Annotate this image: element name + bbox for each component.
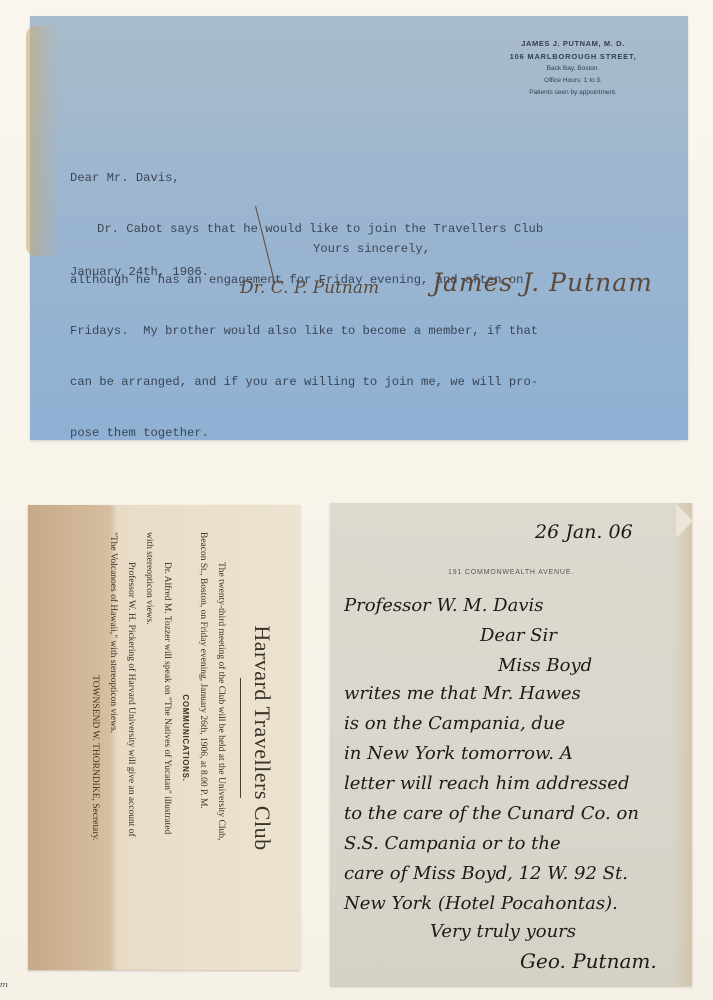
card-line: Professor W. H. Pickering of Harvard Uni… <box>122 532 140 944</box>
hw-closing: Very truly yours <box>430 921 576 942</box>
hw-salutation: Dear Sir <box>480 625 557 646</box>
margin-pencil-mark: ₘ <box>0 975 9 991</box>
card-line: with stereopticon views. <box>140 532 158 944</box>
hw-line: New York (Hotel Pocahontas). <box>344 893 618 914</box>
hw-date: 26 Jan. 06 <box>535 521 633 543</box>
typed-letter-putnam: JAMES J. PUTNAM, M. D. 106 MARLBOROUGH S… <box>30 16 688 440</box>
letterhead-hours: Office Hours: 1 to 3. <box>498 75 648 87</box>
card-section-heading: COMMUNICATIONS. <box>176 518 194 958</box>
water-stain <box>26 26 60 256</box>
card-line: The twenty-third meeting of the Club wil… <box>212 532 230 944</box>
letterhead-note: Patients seen by appointment. <box>498 87 648 99</box>
closing: Yours sincerely, <box>313 242 430 256</box>
letterhead-name: JAMES J. PUTNAM, M. D. <box>498 38 648 50</box>
album-page: JAMES J. PUTNAM, M. D. 106 MARLBOROUGH S… <box>0 0 713 1000</box>
handwritten-letter-geo-putnam: 26 Jan. 06 191 COMMONWEALTH AVENUE. Prof… <box>330 503 692 986</box>
hw-addressee: Professor W. M. Davis <box>344 595 544 616</box>
card-content: Harvard Travellers Club The twenty-third… <box>39 518 289 958</box>
hw-line: S.S. Campania or to the <box>344 833 561 854</box>
hw-line: in New York tomorrow. A <box>344 743 573 764</box>
card-secretary: TOWNSEND W. THORNDIKE, Secretary. <box>86 518 104 958</box>
letter-body: Dear Mr. Davis, Dr. Cabot says that he w… <box>70 136 680 476</box>
salutation: Dear Mr. Davis, <box>70 170 680 187</box>
signature-james-putnam: James J. Putnam <box>432 268 653 297</box>
hw-line: is on the Campania, due <box>344 713 565 734</box>
card-title: Harvard Travellers Club <box>249 518 275 958</box>
body-line: Dr. Cabot says that he would like to joi… <box>70 221 680 238</box>
hw-line: letter will reach him addressed <box>344 773 629 794</box>
card-line: "The Volcanoes of Hawaii," with stereopt… <box>104 532 122 944</box>
hw-signature: Geo. Putnam. <box>520 949 657 973</box>
card-line: Dr. Alfred M. Tozzer will speak on "The … <box>158 532 176 944</box>
card-line: Beacon St., Boston, on Friday evening, J… <box>194 532 212 944</box>
hw-line: Miss Boyd <box>498 655 592 676</box>
hw-line: care of Miss Boyd, 12 W. 92 St. <box>344 863 628 884</box>
harvard-travellers-club-card: Harvard Travellers Club The twenty-third… <box>28 505 300 970</box>
hw-line: to the care of the Cunard Co. on <box>344 803 639 824</box>
letterhead-district: Back Bay, Boston. <box>498 63 648 75</box>
signature-cp-putnam: Dr. C. P. Putnam <box>240 278 379 298</box>
letterhead: JAMES J. PUTNAM, M. D. 106 MARLBOROUGH S… <box>498 38 648 99</box>
hw-letterhead: 191 COMMONWEALTH AVENUE. <box>330 569 692 576</box>
hw-line: writes me that Mr. Hawes <box>344 683 581 704</box>
card-divider <box>240 678 241 798</box>
body-line: can be arranged, and if you are willing … <box>70 374 680 391</box>
letter-date: January 24th, 1906. <box>70 265 209 279</box>
body-line: Fridays. My brother would also like to b… <box>70 323 680 340</box>
letterhead-address: 106 MARLBOROUGH STREET, <box>498 50 648 63</box>
body-line: pose them together. <box>70 425 680 442</box>
